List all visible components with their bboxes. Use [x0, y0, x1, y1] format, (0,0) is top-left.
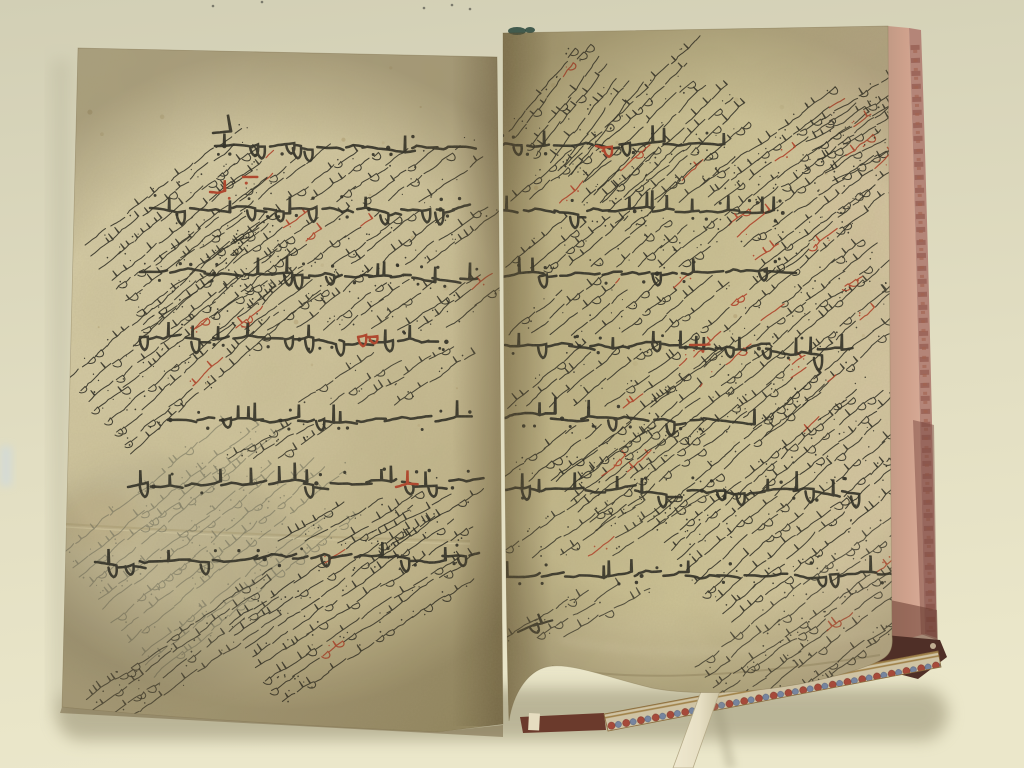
dust-speck	[423, 7, 426, 10]
dust-speck	[451, 4, 454, 7]
dust-speck	[469, 8, 472, 11]
manuscript-scene	[0, 0, 1024, 768]
blue-smudge	[0, 446, 12, 486]
dust-speck	[212, 5, 215, 8]
dust-speck	[261, 1, 264, 4]
teal-ink-mark	[525, 27, 535, 33]
manuscript-photograph: Photograph of an open Arabic manuscript …	[0, 0, 1024, 768]
